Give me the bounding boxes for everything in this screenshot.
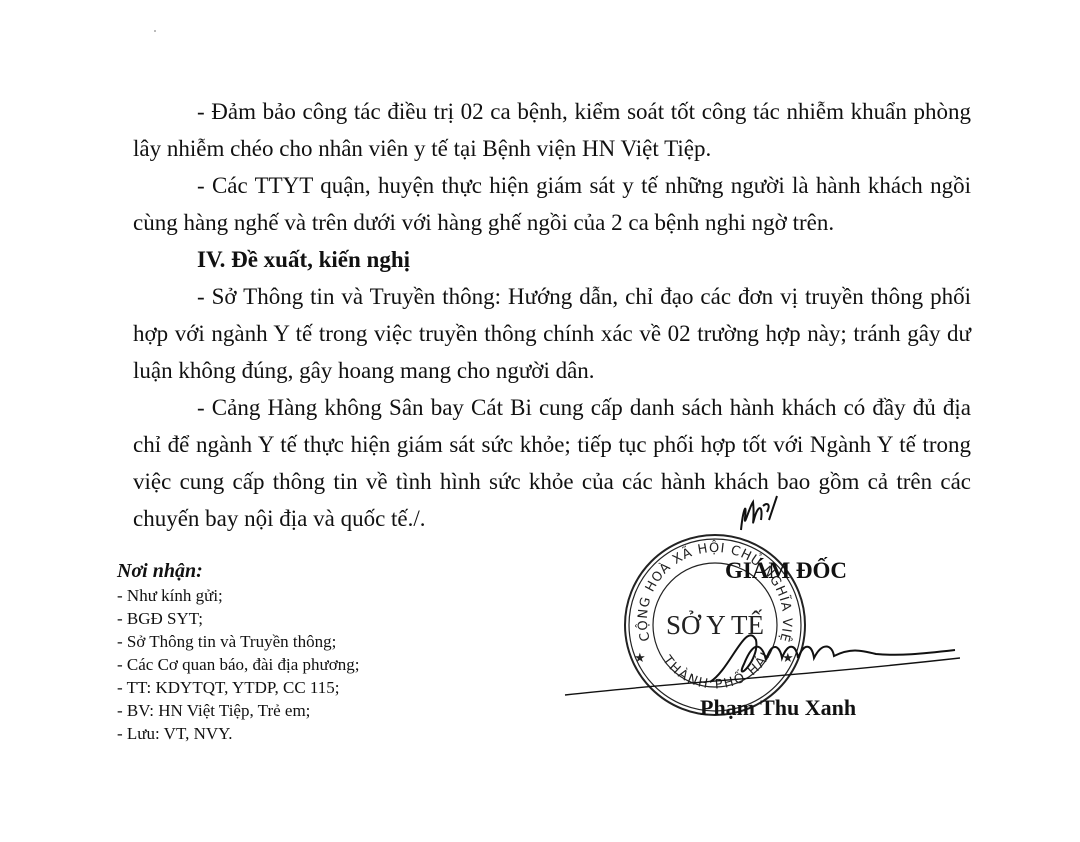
document-body: - Đảm bảo công tác điều trị 02 ca bệnh, … xyxy=(133,93,971,537)
recipient-item: - Như kính gửi; xyxy=(117,584,359,607)
paragraph-communications: - Sở Thông tin và Truyền thông: Hướng dẫ… xyxy=(133,278,971,389)
recipient-item: - Lưu: VT, NVY. xyxy=(117,722,359,745)
scan-speck xyxy=(154,30,156,32)
paragraph-treatment: - Đảm bảo công tác điều trị 02 ca bệnh, … xyxy=(133,93,971,167)
paragraph-surveillance: - Các TTYT quận, huyện thực hiện giám sá… xyxy=(133,167,971,241)
recipient-item: - BGĐ SYT; xyxy=(117,607,359,630)
paragraph-airport: - Cảng Hàng không Sân bay Cát Bi cung cấ… xyxy=(133,389,971,537)
recipients-block: Nơi nhận: - Như kính gửi; - BGĐ SYT; - S… xyxy=(117,558,359,745)
recipient-item: - BV: HN Việt Tiệp, Trẻ em; xyxy=(117,699,359,722)
recipients-title: Nơi nhận: xyxy=(117,558,359,584)
signature-block: GIÁM ĐỐC Phạm Thu Xanh xyxy=(560,540,980,740)
recipient-item: - Sở Thông tin và Truyền thông; xyxy=(117,630,359,653)
recipients-list: - Như kính gửi; - BGĐ SYT; - Sở Thông ti… xyxy=(117,584,359,745)
recipient-item: - Các Cơ quan báo, đài địa phương; xyxy=(117,653,359,676)
signatory-name: Phạm Thu Xanh xyxy=(700,695,856,721)
signature-title: GIÁM ĐỐC xyxy=(725,558,847,584)
recipient-item: - TT: KDYTQT, YTDP, CC 115; xyxy=(117,676,359,699)
document-page: - Đảm bảo công tác điều trị 02 ca bệnh, … xyxy=(0,0,1080,842)
section-heading: IV. Đề xuất, kiến nghị xyxy=(133,241,971,278)
